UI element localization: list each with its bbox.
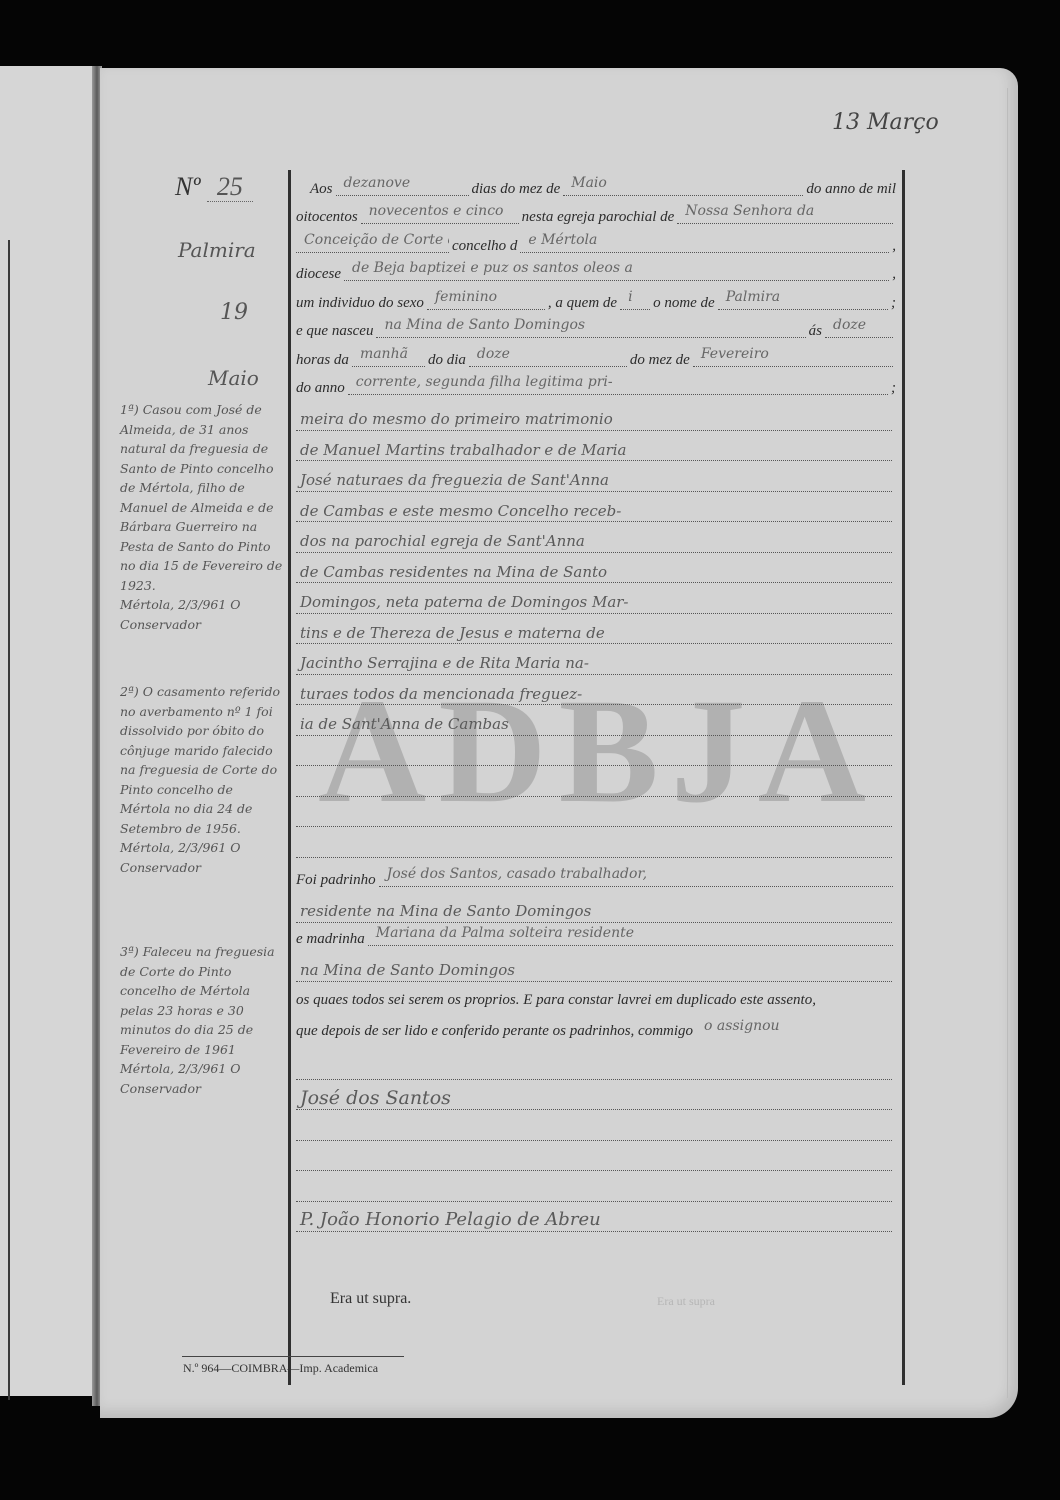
label-oitocentos: oitocentos bbox=[296, 209, 358, 229]
label-horas-da: horas da bbox=[296, 352, 349, 372]
label-aos: Aos bbox=[310, 181, 333, 201]
label-nome-de: o nome de bbox=[653, 295, 715, 315]
label-anno-de-mil: do anno de mil bbox=[806, 181, 896, 201]
body-line: ia de Sant'Anna de Cambas bbox=[296, 705, 892, 736]
page-edge bbox=[1007, 88, 1008, 1398]
field-month: Maio bbox=[563, 175, 803, 196]
body-line: tins e de Thereza de Jesus e materna de bbox=[296, 614, 892, 645]
label-diocese: diocese bbox=[296, 266, 341, 286]
body-line: Domingos, neta paterna de Domingos Mar- bbox=[296, 583, 892, 614]
margin-child-name: Palmira bbox=[178, 238, 256, 262]
field-diocese: de Beja baptizei e puz os santos oleos a bbox=[344, 260, 889, 281]
body-line: de Cambas residentes na Mina de Santo bbox=[296, 553, 892, 584]
margin-day: 19 bbox=[220, 300, 248, 325]
punct: , bbox=[892, 266, 896, 286]
empty-line bbox=[296, 1141, 892, 1172]
form-line-7: horas da manhã do dia doze do mez de Fev… bbox=[296, 343, 896, 372]
closing-text-1: os quaes todos sei serem os proprios. E … bbox=[296, 986, 896, 1015]
godmother-line: e madrinha Mariana da Palma solteira res… bbox=[296, 923, 896, 952]
empty-line bbox=[296, 1110, 892, 1141]
printer-imprint: N.º 964—COIMBRA—Imp. Academica bbox=[183, 1361, 378, 1376]
margin-note-2: 2ª) O casamento referido no averbamento … bbox=[120, 682, 285, 877]
body-line: de Cambas e este mesmo Concelho receb- bbox=[296, 492, 892, 523]
field-godfather: José dos Santos, casado trabalhador, bbox=[379, 866, 893, 887]
margin-note-2-sign: Mértola, 2/3/961 O Conservador bbox=[120, 840, 241, 875]
body-line: turaes todos da mencionada freguez- bbox=[296, 675, 892, 706]
margin-note-3-text: 3ª) Faleceu na freguesia de Corte do Pin… bbox=[120, 944, 275, 1057]
label-sexo: um individuo do sexo bbox=[296, 295, 424, 315]
form-line-2: oitocentos novecentos e cinco nesta egre… bbox=[296, 201, 896, 230]
field-anno: corrente, segunda filha legitima pri- bbox=[348, 374, 888, 395]
label-padrinho: Foi padrinho bbox=[296, 872, 376, 892]
form-left-rule bbox=[288, 170, 291, 1385]
label-nasceu: e que nasceu bbox=[296, 323, 373, 343]
form-line-3: Conceição de Corte do Pinto concelho d e… bbox=[296, 229, 896, 258]
form-line-1: Aos dezanove dias do mez de Maio do anno… bbox=[296, 172, 896, 201]
punct: ; bbox=[891, 380, 896, 400]
empty-line bbox=[296, 1171, 892, 1202]
baptism-record-form: Aos dezanove dias do mez de Maio do anno… bbox=[296, 172, 896, 1232]
field-hour: doze bbox=[825, 317, 893, 338]
body-line-empty bbox=[296, 827, 892, 858]
facing-page-rule bbox=[8, 240, 10, 1400]
margin-note-3-sign: Mértola, 2/3/961 O Conservador bbox=[120, 1061, 241, 1096]
closing-line-2: que depois de ser lido e conferido peran… bbox=[296, 1015, 896, 1044]
field-council: e Mértola bbox=[520, 232, 889, 253]
signature-priest: P. João Honorio Pelagio de Abreu bbox=[296, 1202, 892, 1233]
punct: ; bbox=[891, 295, 896, 315]
field-period: manhã bbox=[352, 346, 425, 367]
signature-godparent: José dos Santos bbox=[296, 1080, 892, 1111]
label-egreja-parochial: nesta egreja parochial de bbox=[522, 209, 675, 229]
body-line: meira do mesmo do primeiro matrimonio bbox=[296, 400, 892, 431]
entry-number-value: 25 bbox=[207, 172, 253, 202]
empty-line bbox=[296, 1049, 892, 1080]
field-de: i bbox=[620, 289, 650, 310]
field-parish-cont: Conceição de Corte do Pinto bbox=[296, 232, 449, 253]
field-birthplace: na Mina de Santo Domingos bbox=[376, 317, 805, 338]
godfather-line: Foi padrinho José dos Santos, casado tra… bbox=[296, 864, 896, 893]
godfather-line-cont: residente na Mina de Santo Domingos bbox=[296, 892, 892, 923]
record-body: meira do mesmo do primeiro matrimonio de… bbox=[296, 400, 896, 858]
label-do-dia: do dia bbox=[428, 352, 466, 372]
field-parish: Nossa Senhora da bbox=[677, 203, 893, 224]
field-sex: feminino bbox=[427, 289, 545, 310]
era-ut-supra: Era ut supra. bbox=[330, 1290, 411, 1308]
form-right-rule bbox=[902, 170, 905, 1385]
field-birth-day: doze bbox=[469, 346, 627, 367]
body-line-empty bbox=[296, 797, 892, 828]
label-dias-do-mez: dias do mez de bbox=[472, 181, 561, 201]
closing-text-2: que depois de ser lido e conferido peran… bbox=[296, 1023, 693, 1043]
facing-page bbox=[0, 66, 100, 1396]
margin-note-2-text: 2ª) O casamento referido no averbamento … bbox=[120, 684, 280, 836]
field-day: dezanove bbox=[336, 175, 469, 196]
body-line: José naturaes da freguezia de Sant'Anna bbox=[296, 461, 892, 492]
label-do-anno: do anno bbox=[296, 380, 345, 400]
label-do-mez-de: do mez de bbox=[630, 352, 690, 372]
body-line: Jacintho Serrajina e de Rita Maria na- bbox=[296, 644, 892, 675]
field-birth-month: Fevereiro bbox=[693, 346, 893, 367]
margin-note-1: 1ª) Casou com José de Almeida, de 31 ano… bbox=[120, 400, 285, 634]
body-line: dos na parochial egreja de Sant'Anna bbox=[296, 522, 892, 553]
imprint-rule bbox=[182, 1356, 404, 1357]
form-line-5: um individuo do sexo feminino , a quem d… bbox=[296, 286, 896, 315]
form-line-6: e que nasceu na Mina de Santo Domingos á… bbox=[296, 315, 896, 344]
corner-annotation: 13 Março bbox=[832, 110, 939, 135]
field-child-name: Palmira bbox=[718, 289, 888, 310]
label-concelho: concelho d bbox=[452, 238, 517, 258]
label-madrinha: e madrinha bbox=[296, 931, 365, 951]
field-year: novecentos e cinco bbox=[361, 203, 519, 224]
body-line-empty bbox=[296, 766, 892, 797]
closing-signed-note: o assignou bbox=[696, 1018, 893, 1038]
margin-note-1-text: 1ª) Casou com José de Almeida, de 31 ano… bbox=[120, 402, 282, 593]
entry-number: Nº 25 bbox=[175, 172, 253, 202]
margin-month: Maio bbox=[208, 366, 259, 390]
label-as: ás bbox=[809, 323, 822, 343]
body-line: de Manuel Martins trabalhador e de Maria bbox=[296, 431, 892, 462]
margin-note-3: 3ª) Faleceu na freguesia de Corte do Pin… bbox=[120, 942, 285, 1098]
punct: , bbox=[892, 238, 896, 258]
form-line-4: diocese de Beja baptizei e puz os santos… bbox=[296, 258, 896, 287]
margin-note-1-sign: Mértola, 2/3/961 O Conservador bbox=[120, 597, 241, 632]
bleed-through-text: Era ut supra bbox=[657, 1294, 715, 1309]
label-a-quem-de: , a quem de bbox=[548, 295, 617, 315]
field-godmother: Mariana da Palma solteira residente bbox=[368, 925, 893, 946]
godmother-line-cont: na Mina de Santo Domingos bbox=[296, 951, 892, 982]
entry-prefix: Nº bbox=[175, 172, 200, 201]
form-line-8: do anno corrente, segunda filha legitima… bbox=[296, 372, 896, 401]
body-line-empty bbox=[296, 736, 892, 767]
